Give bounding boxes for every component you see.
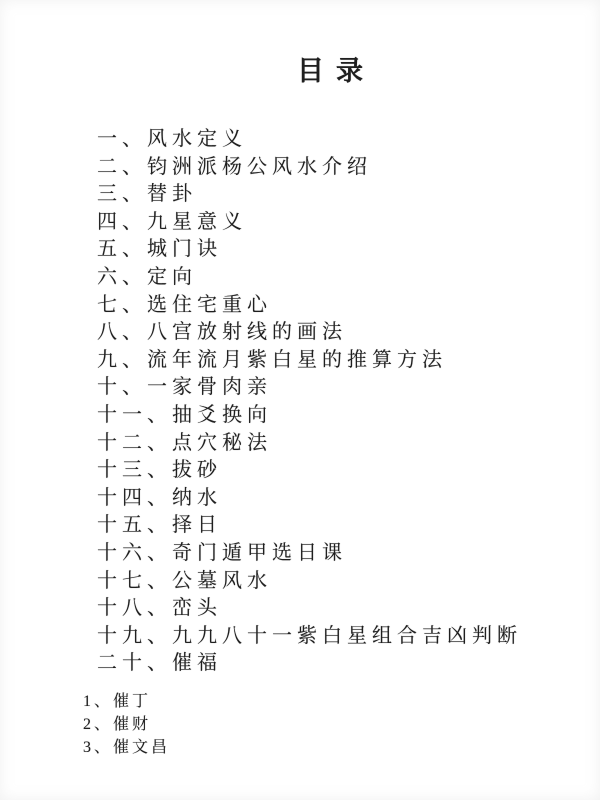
toc-entry: 二十、催福 (97, 650, 600, 678)
toc-entry: 十五、择日 (97, 512, 600, 540)
toc-title: 目录 (36, 0, 600, 88)
toc-entry: 十七、公墓风水 (97, 568, 600, 596)
toc-entry: 二、钧洲派杨公风水介绍 (97, 154, 600, 182)
toc-subentry: 3、催文昌 (83, 736, 600, 759)
toc-entry: 十九、九九八十一紫白星组合吉凶判断 (97, 623, 600, 651)
toc-entry: 六、定向 (97, 264, 600, 292)
toc-entry: 十一、抽爻换向 (97, 402, 600, 430)
toc-entry: 一、风水定义 (97, 126, 600, 154)
toc-sublist: 1、催丁 2、催财 3、催文昌 (0, 690, 600, 759)
toc-subentry: 2、催财 (83, 713, 600, 736)
toc-entry: 七、选住宅重心 (97, 292, 600, 320)
toc-entry: 十四、纳水 (97, 485, 600, 513)
toc-entry: 四、九星意义 (97, 209, 600, 237)
toc-entry: 三、替卦 (97, 181, 600, 209)
document-page: 目录 一、风水定义 二、钧洲派杨公风水介绍 三、替卦 四、九星意义 五、城门诀 … (0, 0, 600, 800)
toc-entry: 十二、点穴秘法 (97, 430, 600, 458)
toc-entry: 八、八宫放射线的画法 (97, 319, 600, 347)
toc-entry: 十八、峦头 (97, 595, 600, 623)
toc-entry: 十六、奇门遁甲选日课 (97, 540, 600, 568)
toc-entry: 九、流年流月紫白星的推算方法 (97, 347, 600, 375)
toc-list: 一、风水定义 二、钧洲派杨公风水介绍 三、替卦 四、九星意义 五、城门诀 六、定… (0, 126, 600, 678)
toc-entry: 五、城门诀 (97, 236, 600, 264)
toc-entry: 十、一家骨肉亲 (97, 374, 600, 402)
toc-entry: 十三、拔砂 (97, 457, 600, 485)
toc-subentry: 1、催丁 (83, 690, 600, 713)
